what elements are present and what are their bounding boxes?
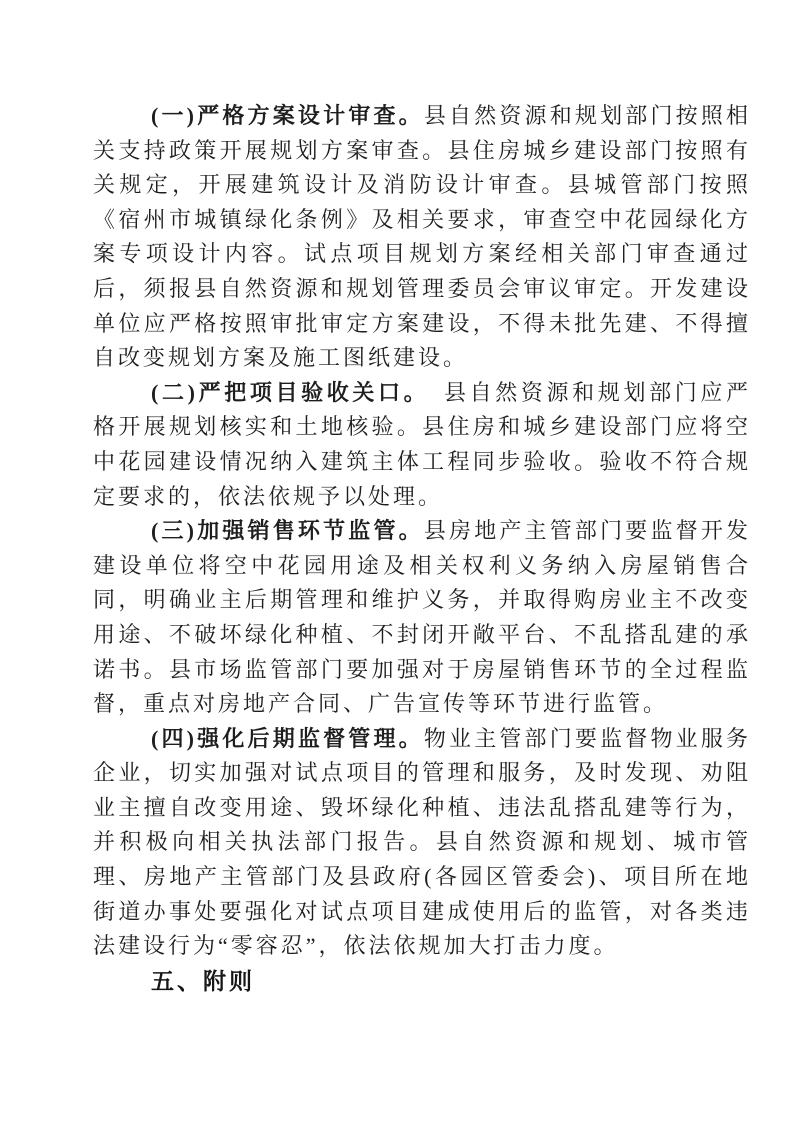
paragraph-2-lead: (二)严把项目验收关口。 (151, 380, 418, 405)
section-heading: 五、附则 (93, 964, 751, 999)
paragraph-4: (四)强化后期监督管理。物业主管部门要监督物业服务企业，切实加强对试点项目的管理… (93, 722, 751, 964)
paragraph-3-lead: (三)加强销售环节监管。 (151, 518, 424, 543)
document-page: (一)严格方案设计审查。县自然资源和规划部门按照相关支持政策开展规划方案审查。县… (0, 0, 793, 1122)
paragraph-3: (三)加强销售环节监管。县房地产主管部门要监督开发建设单位将空中花园用途及相关权… (93, 514, 751, 722)
paragraph-1-lead: (一)严格方案设计审查。 (151, 103, 424, 128)
paragraph-1: (一)严格方案设计审查。县自然资源和规划部门按照相关支持政策开展规划方案审查。县… (93, 99, 751, 376)
paragraph-2: (二)严把项目验收关口。 县自然资源和规划部门应严格开展规划核实和土地核验。县住… (93, 376, 751, 514)
paragraph-4-lead: (四)强化后期监督管理。 (151, 726, 424, 751)
paragraph-4-body: 物业主管部门要监督物业服务企业，切实加强对试点项目的管理和服务，及时发现、劝阻业… (93, 726, 751, 959)
paragraph-3-body: 县房地产主管部门要监督开发建设单位将空中花园用途及相关权利义务纳入房屋销售合同，… (93, 518, 751, 716)
paragraph-1-body: 县自然资源和规划部门按照相关支持政策开展规划方案审查。县住房城乡建设部门按照有关… (93, 103, 751, 370)
